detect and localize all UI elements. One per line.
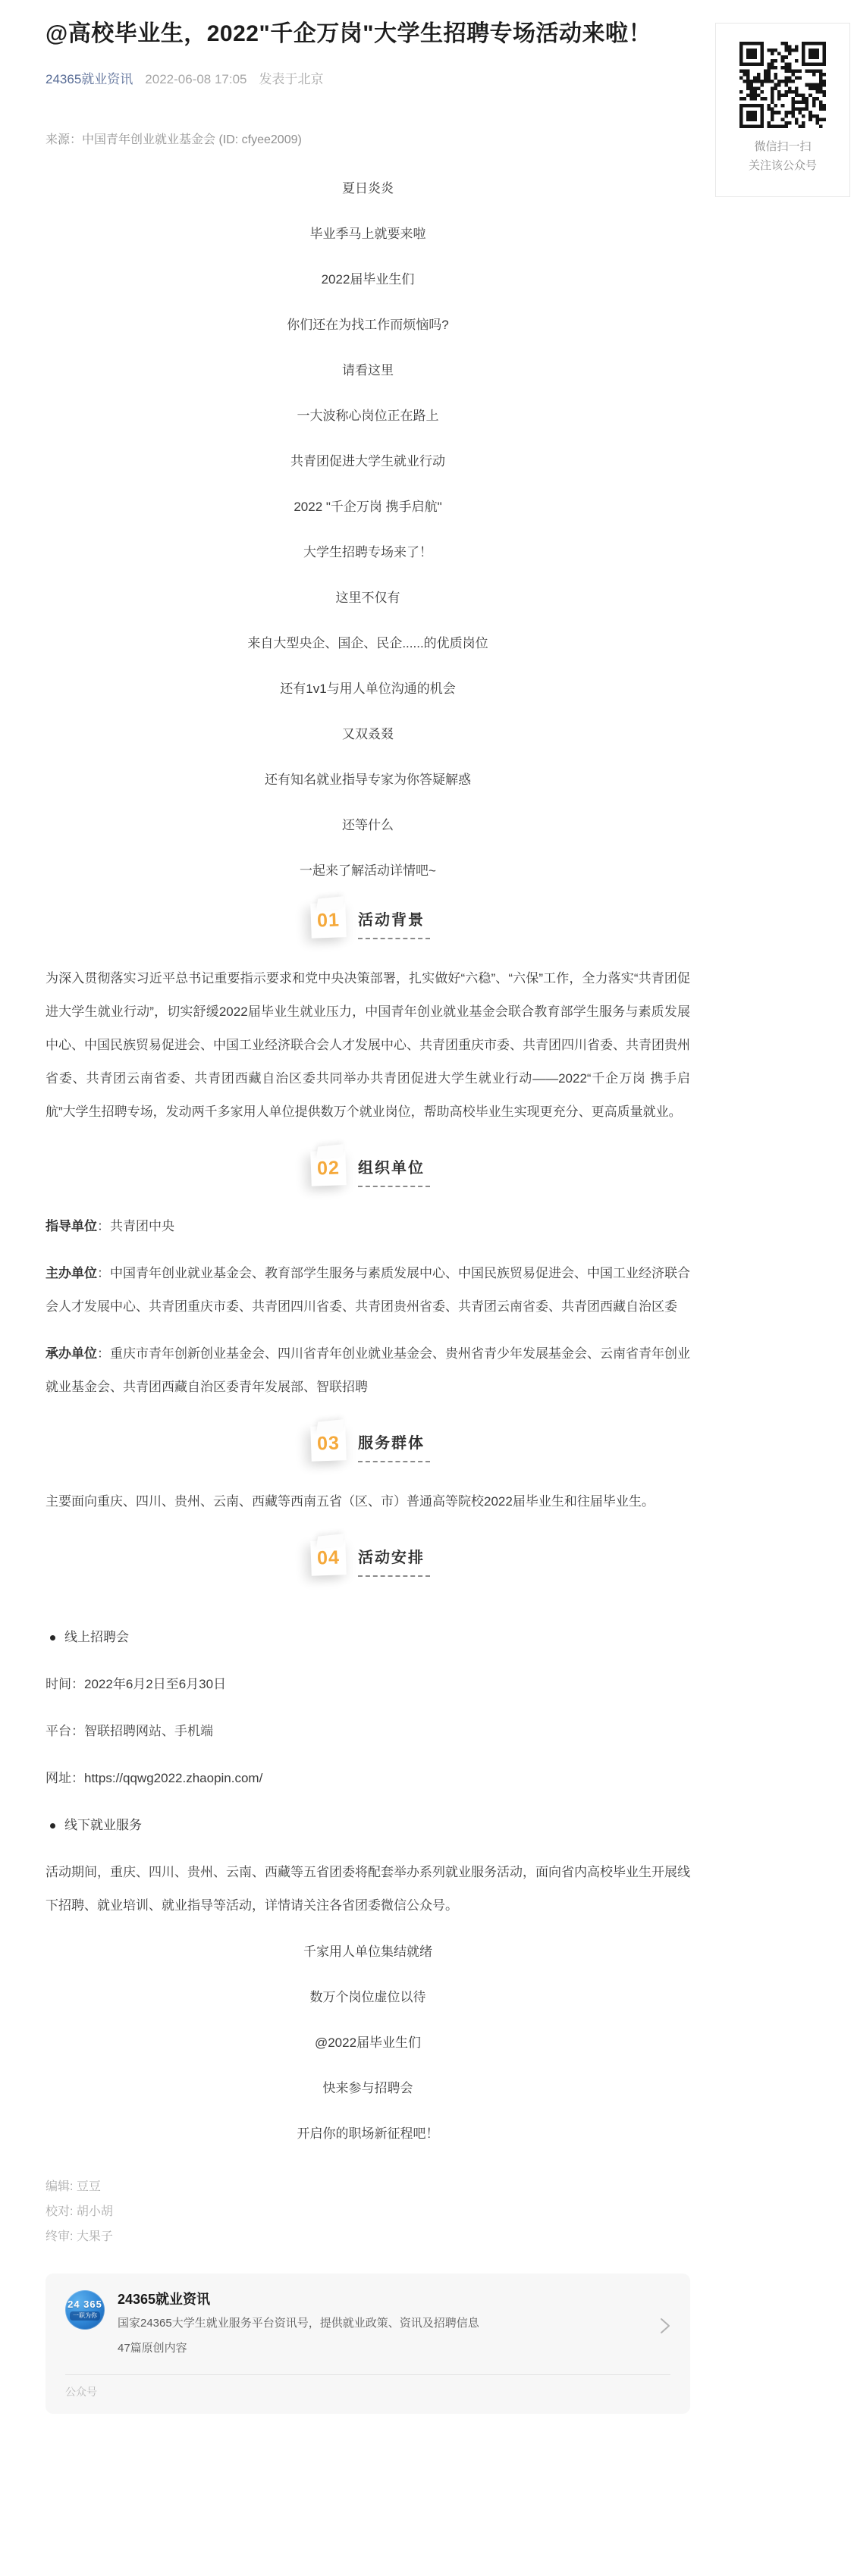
section-title: 服务群体	[358, 1434, 425, 1453]
online-fair-bullet: 线上招聘会	[46, 1621, 690, 1654]
intro-line: 2022届毕业生们	[46, 270, 690, 290]
bullet-dot-icon	[50, 1635, 55, 1641]
account-avatar: 24 365 一职为你	[65, 2290, 105, 2330]
publish-location: 发表于北京	[259, 68, 324, 87]
credit-reviewer: 终审: 大果子	[46, 2224, 690, 2249]
section-number: 04	[317, 1546, 341, 1568]
section-number: 02	[317, 1156, 341, 1179]
qr-code-image	[739, 42, 826, 128]
account-card-description: 国家24365大学生就业服务平台资讯号，提供就业政策、资讯及招聘信息	[118, 2315, 603, 2331]
section-number: 01	[317, 908, 341, 931]
dashed-underline	[358, 1461, 430, 1462]
chevron-right-icon[interactable]	[660, 2317, 670, 2334]
account-card-original-count: 47篇原创内容	[118, 2340, 670, 2356]
intro-line: 夏日炎炎	[46, 179, 690, 199]
dashed-underline	[358, 1186, 430, 1187]
intro-line: 来自大型央企、国企、民企......的优质岗位	[46, 634, 690, 653]
intro-line: 还有1v1与用人单位沟通的机会	[46, 679, 690, 699]
byline: 24365就业资讯 2022-06-08 17:05 发表于北京	[46, 68, 690, 87]
credits: 编辑: 豆豆 校对: 胡小胡 终审: 大果子	[46, 2174, 690, 2249]
bullet-label: 线上招聘会	[64, 1621, 129, 1654]
page-title: @高校毕业生，2022"千企万岗"大学生招聘专场活动来啦！	[46, 18, 690, 49]
section-header-audience: 03 服务群体	[46, 1424, 690, 1462]
section-title: 活动安排	[358, 1549, 425, 1567]
closing-line: 开启你的职场新征程吧！	[46, 2124, 690, 2144]
page-badge-icon: 03	[310, 1425, 347, 1462]
org-value: ：中国青年创业就业基金会、教育部学生服务与素质发展中心、中国民族贸易促进会、中国…	[46, 1266, 690, 1314]
schedule-platform: 平台：智联招聘网站、手机端	[46, 1715, 690, 1748]
intro-line: 请看这里	[46, 361, 690, 381]
section-header-organizers: 02 组织单位	[46, 1149, 690, 1187]
qr-caption-line1: 微信扫一扫	[754, 137, 811, 156]
section-number: 03	[317, 1431, 341, 1454]
credit-proofreader: 校对: 胡小胡	[46, 2199, 690, 2224]
page-badge-icon: 04	[310, 1540, 347, 1576]
audience-paragraph: 主要面向重庆、四川、贵州、云南、西藏等西南五省（区、市）普通高等院校2022届毕…	[46, 1485, 690, 1518]
offline-paragraph: 活动期间，重庆、四川、贵州、云南、西藏等五省团委将配套举办系列就业服务活动，面向…	[46, 1856, 690, 1923]
schedule-url: 网址：https://qqwg2022.zhaopin.com/	[46, 1762, 690, 1795]
org-label: 主办单位	[46, 1266, 97, 1280]
intro-line: 这里不仅有	[46, 588, 690, 608]
credit-editor: 编辑: 豆豆	[46, 2174, 690, 2199]
org-guide-paragraph: 指导单位：共青团中央	[46, 1210, 690, 1243]
closing-line: 快来参与招聘会	[46, 2079, 690, 2098]
section-title: 组织单位	[358, 1159, 425, 1177]
intro-line: 毕业季马上就要来啦	[46, 224, 690, 244]
section-header-background: 01 活动背景	[46, 901, 690, 939]
intro-stanza: 夏日炎炎 毕业季马上就要来啦 2022届毕业生们 你们还在为找工作而烦恼吗? 请…	[46, 179, 690, 881]
intro-line: 共青团促进大学生就业行动	[46, 452, 690, 472]
org-label: 承办单位	[46, 1346, 97, 1361]
follow-qr-panel: 微信扫一扫 关注该公众号	[715, 23, 850, 197]
bullet-dot-icon	[50, 1823, 55, 1829]
intro-line: 2022 "千企万岗 携手启航"	[46, 497, 690, 517]
section-title: 活动背景	[358, 911, 425, 929]
intro-line: 大学生招聘专场来了！	[46, 543, 690, 563]
official-account-card[interactable]: 24 365 一职为你 24365就业资讯 国家24365大学生就业服务平台资讯…	[46, 2274, 690, 2414]
closing-line: @2022届毕业生们	[46, 2033, 690, 2053]
account-card-name: 24365就业资讯	[118, 2290, 670, 2308]
offline-service-bullet: 线下就业服务	[46, 1809, 690, 1842]
background-paragraph: 为深入贯彻落实习近平总书记重要指示要求和党中央决策部署，扎实做好“六稳”、“六保…	[46, 962, 690, 1129]
org-value: ：重庆市青年创新创业基金会、四川省青年创业就业基金会、贵州省青少年发展基金会、云…	[46, 1346, 690, 1394]
intro-line: 你们还在为找工作而烦恼吗?	[46, 315, 690, 335]
closing-stanza: 千家用人单位集结就绪 数万个岗位虚位以待 @2022届毕业生们 快来参与招聘会 …	[46, 1942, 690, 2144]
org-value: ：共青团中央	[97, 1219, 174, 1233]
article-body: @高校毕业生，2022"千企万岗"大学生招聘专场活动来啦！ 24365就业资讯 …	[46, 0, 690, 2414]
org-label: 指导单位	[46, 1219, 97, 1233]
account-type-badge: 公众号	[65, 2385, 670, 2399]
schedule-time: 时间：2022年6月2日至6月30日	[46, 1668, 690, 1701]
page-badge-icon: 02	[310, 1150, 347, 1186]
closing-line: 千家用人单位集结就绪	[46, 1942, 690, 1962]
source-line: 来源：中国青年创业就业基金会 (ID: cfyee2009)	[46, 130, 690, 147]
page-badge-icon: 01	[310, 902, 347, 939]
intro-line: 一大波称心岗位正在路上	[46, 406, 690, 426]
dashed-underline	[358, 938, 430, 939]
dashed-underline	[358, 1575, 430, 1577]
org-host-paragraph: 主办单位：中国青年创业就业基金会、教育部学生服务与素质发展中心、中国民族贸易促进…	[46, 1257, 690, 1324]
publish-date: 2022-06-08 17:05	[145, 72, 246, 87]
qr-caption-line2: 关注该公众号	[749, 156, 817, 175]
closing-line: 数万个岗位虚位以待	[46, 1988, 690, 2007]
bullet-label: 线下就业服务	[64, 1809, 142, 1842]
org-undertaker-paragraph: 承办单位：重庆市青年创新创业基金会、四川省青年创业就业基金会、贵州省青少年发展基…	[46, 1337, 690, 1404]
intro-line: 还等什么	[46, 816, 690, 835]
intro-line: 一起来了解活动详情吧~	[46, 861, 690, 881]
intro-line: 又双叒叕	[46, 725, 690, 744]
section-header-schedule: 04 活动安排	[46, 1538, 690, 1577]
card-divider	[65, 2374, 670, 2375]
account-link[interactable]: 24365就业资讯	[46, 68, 133, 87]
intro-line: 还有知名就业指导专家为你答疑解惑	[46, 770, 690, 790]
